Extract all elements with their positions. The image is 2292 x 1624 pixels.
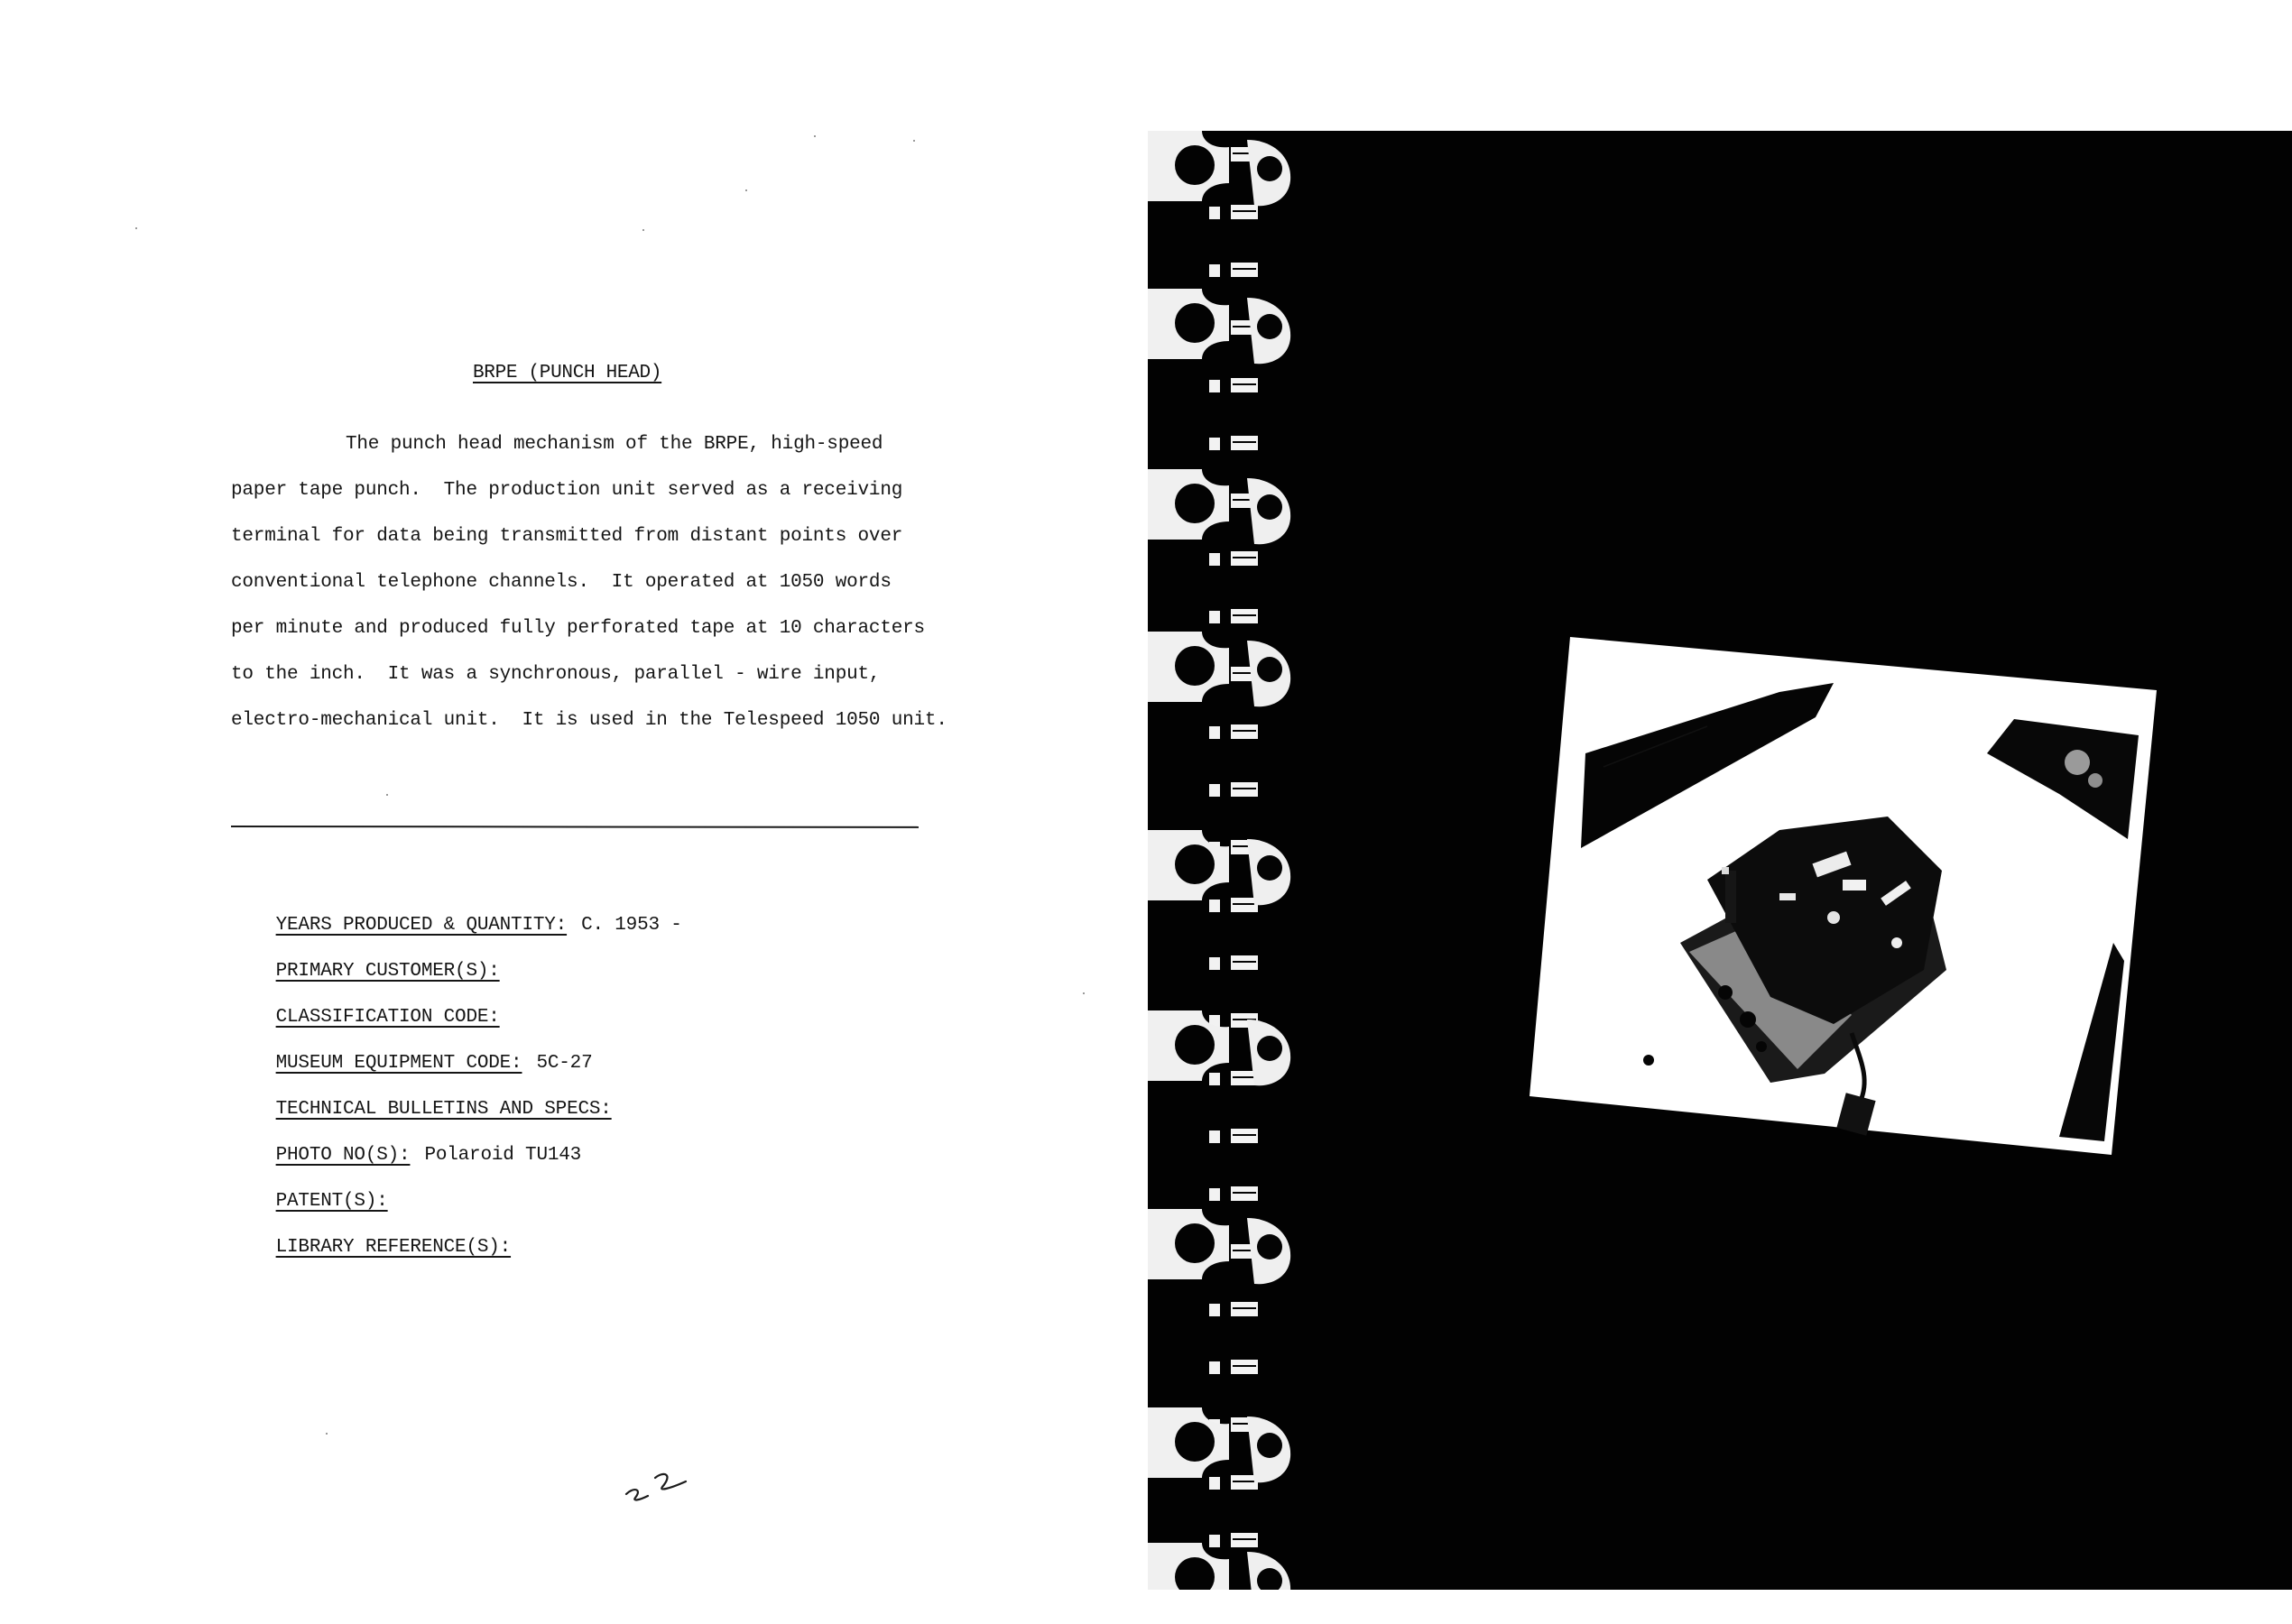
field-label: CLASSIFICATION CODE: <box>276 1007 500 1028</box>
document-page: BRPE (PUNCH HEAD) The punch head mechani… <box>0 0 1146 1624</box>
field-label: PATENT(S): <box>276 1191 388 1212</box>
horizontal-divider <box>231 826 919 828</box>
description-line: The punch head mechanism of the BRPE, hi… <box>346 434 883 455</box>
description-line: electro-mechanical unit. It is used in t… <box>231 710 947 731</box>
description-line: per minute and produced fully perforated… <box>231 618 925 639</box>
description-line: paper tape punch. The production unit se… <box>231 480 902 501</box>
scan-speck <box>326 1433 328 1435</box>
scan-speck <box>745 189 747 191</box>
scan-speck <box>386 794 388 796</box>
field-label: PHOTO NO(S): <box>276 1145 411 1166</box>
field-library-references: LIBRARY REFERENCE(S): <box>231 1216 525 1278</box>
scan-speck <box>1083 992 1085 994</box>
photo-album-page <box>1148 131 2292 1590</box>
scan-speck <box>814 135 816 137</box>
handwritten-page-number <box>623 1460 713 1505</box>
mounted-photo <box>1148 131 2292 1590</box>
field-value: Polaroid TU143 <box>424 1145 581 1166</box>
field-label: LIBRARY REFERENCE(S): <box>276 1237 511 1258</box>
field-label: PRIMARY CUSTOMER(S): <box>276 961 500 982</box>
description-line: terminal for data being transmitted from… <box>231 526 902 547</box>
field-label: TECHNICAL BULLETINS AND SPECS: <box>276 1099 612 1120</box>
scan-speck <box>913 140 915 142</box>
scan-speck <box>642 229 644 231</box>
field-value: 5C-27 <box>536 1053 592 1074</box>
description-line: to the inch. It was a synchronous, paral… <box>231 664 880 685</box>
scan-speck <box>135 227 137 229</box>
page-title: BRPE (PUNCH HEAD) <box>473 363 661 383</box>
field-label: MUSEUM EQUIPMENT CODE: <box>276 1053 522 1074</box>
field-label: YEARS PRODUCED & QUANTITY: <box>276 915 567 936</box>
field-value: C. 1953 - <box>581 915 682 936</box>
description-line: conventional telephone channels. It oper… <box>231 572 892 593</box>
